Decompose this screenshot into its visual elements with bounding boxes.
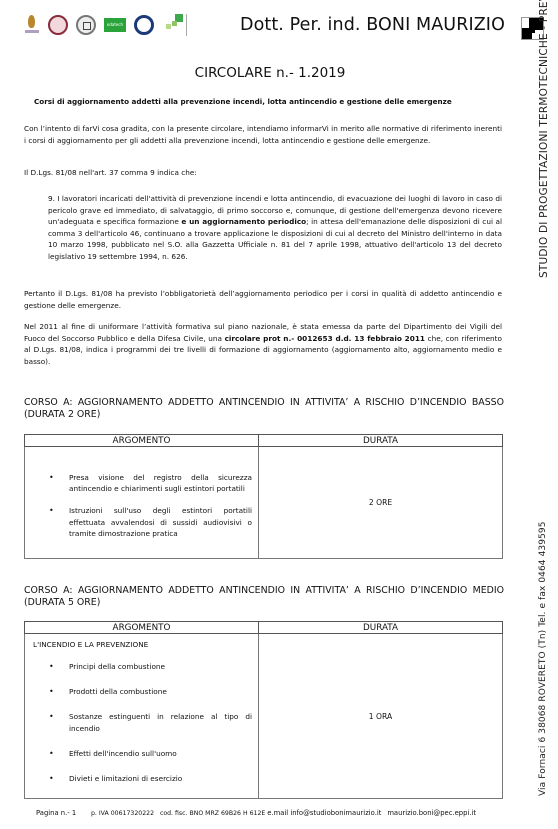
- table-row: L'INCENDIO E LA PREVENZIONE Principi del…: [25, 634, 503, 799]
- column-header-argomento: ARGOMENTO: [25, 435, 259, 447]
- duration-cell: 1 ORA: [259, 634, 503, 799]
- history-bold: circolare prot n.- 0012653 d.d. 13 febbr…: [225, 334, 425, 343]
- law-reference: Il D.Lgs. 81/08 nell'art. 37 comma 9 ind…: [24, 167, 502, 179]
- list-item: Prodotti della combustione: [25, 686, 258, 697]
- studio-tagline: STUDIO DI PROGETTAZIONI TERMOTECNICHE - …: [538, 0, 550, 278]
- pec-link[interactable]: maurizio.boni@pec.eppi.it: [387, 809, 476, 817]
- list-item: Presa visione del registro della sicurez…: [25, 472, 258, 494]
- topic-cell: Presa visione del registro della sicurez…: [25, 447, 259, 559]
- column-header-durata: DURATA: [259, 435, 503, 447]
- topic-heading: L'INCENDIO E LA PREVENZIONE: [25, 634, 258, 649]
- vat-number: p. IVA 00617320222: [91, 810, 154, 817]
- acca-logo-icon: [24, 14, 40, 36]
- intro-paragraph: Con l’intento di farVi cosa gradita, con…: [24, 123, 502, 146]
- conclusion-paragraph: Pertanto il D.Lgs. 81/08 ha previsto l’o…: [24, 288, 502, 311]
- course-low-risk-title: CORSO A: AGGIORNAMENTO ADDETTO ANTINCEND…: [24, 397, 504, 421]
- list-item: Principi della combustione: [25, 661, 258, 672]
- author-name: Dott. Per. ind. BONI MAURIZIO: [240, 15, 505, 35]
- table-row: Presa visione del registro della sicurez…: [25, 447, 503, 559]
- document-title: CIRCOLARE n.- 1.2019: [0, 65, 540, 81]
- seal-logo-icon: [48, 15, 68, 35]
- email-link[interactable]: e.mail info@studiobonimaurizio.it: [267, 809, 381, 817]
- law-quote-bold: e un aggiornamento periodico: [181, 217, 306, 226]
- list-item: Istruzioni sull'uso degli estintori port…: [25, 505, 258, 539]
- list-item: Divieti e limitazioni di esercizio: [25, 773, 258, 784]
- partner-logos: odatech: [24, 14, 187, 36]
- list-item: Effetti dell'incendio sull'uomo: [25, 748, 258, 759]
- green-squares-logo-icon: [162, 14, 187, 36]
- topic-cell: L'INCENDIO E LA PREVENZIONE Principi del…: [25, 634, 259, 799]
- course-low-risk-table: ARGOMENTO DURATA Presa visione del regis…: [24, 434, 503, 559]
- column-header-durata: DURATA: [259, 622, 503, 634]
- law-quote: 9. I lavoratori incaricati dell'attività…: [48, 193, 502, 263]
- studio-address: Via Fornaci 6 38068 ROVERETO (Tn) Tel. e…: [538, 521, 548, 796]
- duration-cell: 2 ORE: [259, 447, 503, 559]
- footer-contacts: p. IVA 00617320222 cod. fisc. BNO MRZ 69…: [91, 809, 476, 817]
- tax-code: cod. fisc. BNO MRZ 69B26 H 612E: [160, 810, 265, 817]
- course-medium-risk-table: ARGOMENTO DURATA L'INCENDIO E LA PREVENZ…: [24, 621, 503, 799]
- blue-emblem-logo-icon: [134, 15, 154, 35]
- page-number: Pagina n.- 1: [36, 809, 76, 817]
- list-item: Sostanze estinguenti in relazione al tip…: [25, 711, 258, 733]
- history-paragraph: Nel 2011 al fine di uniformare l’attivit…: [24, 321, 502, 367]
- course-medium-risk-title: CORSO A: AGGIORNAMENTO ADDETTO ANTINCEND…: [24, 585, 504, 609]
- column-header-argomento: ARGOMENTO: [25, 622, 259, 634]
- certification-seal-logo-icon: [76, 15, 96, 35]
- document-subtitle: Corsi di aggiornamento addetti alla prev…: [34, 97, 452, 106]
- odatech-logo-icon: odatech: [104, 18, 126, 32]
